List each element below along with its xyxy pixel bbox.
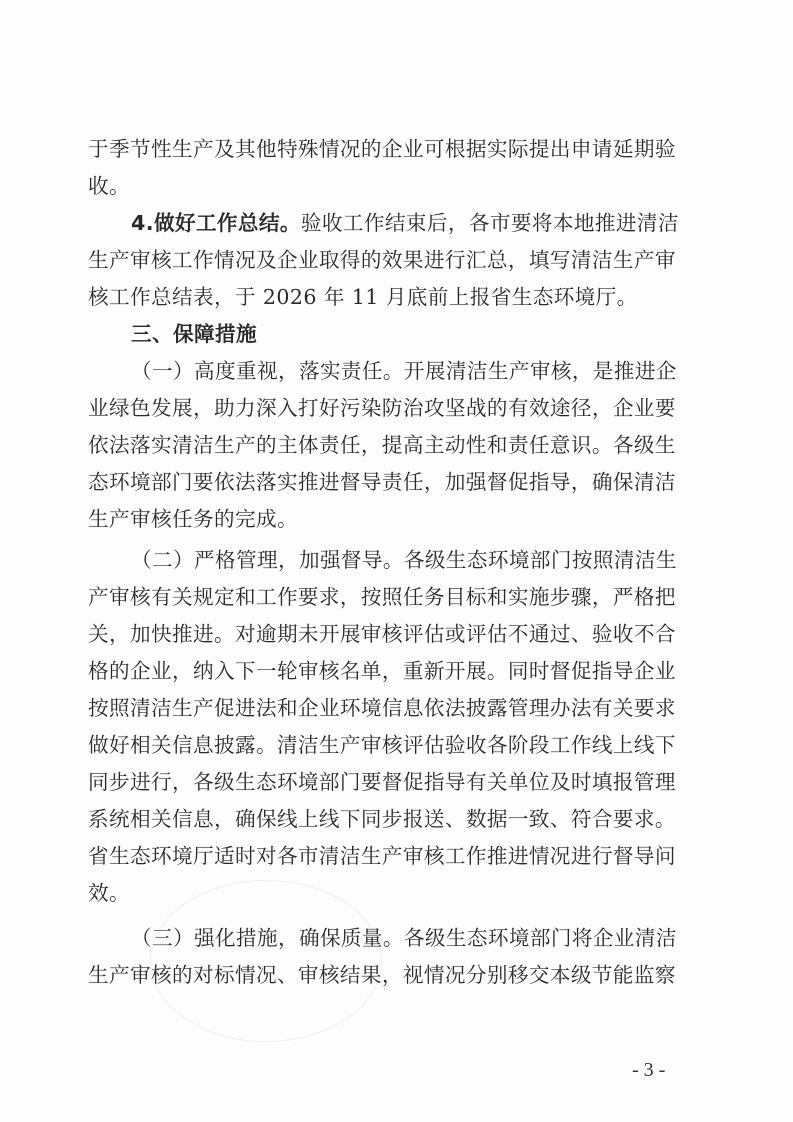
paragraph-line: 4.做好工作总结。验收工作结束后，各市要将本地推进清洁 — [131, 208, 708, 238]
paragraph-line: 产审核有关规定和工作要求，按照任务目标和实施步骤，严格把 — [88, 582, 708, 612]
paragraph-line: 生产审核的对标情况、审核结果，视情况分别移交本级节能监察 — [88, 960, 708, 990]
paragraph-line: 于季节性生产及其他特殊情况的企业可根据实际提出申请延期验 — [88, 134, 708, 164]
paragraph-line: 依法落实清洁生产的主体责任，提高主动性和责任意识。各级生 — [88, 430, 708, 460]
paragraph-line: 生产审核工作情况及企业取得的效果进行汇总，填写清洁生产审 — [88, 245, 708, 275]
paragraph-line: 省生态环境厅适时对各市清洁生产审核工作推进情况进行督导问 — [88, 841, 708, 871]
paragraph-line: 关，加快推进。对逾期未开展审核评估或评估不通过、验收不合 — [88, 619, 708, 649]
paragraph-line: （二）严格管理，加强督导。各级生态环境部门按照清洁生 — [131, 545, 708, 575]
paragraph-line: 同步进行，各级生态环境部门要督促指导有关单位及时填报管理 — [88, 767, 708, 797]
paragraph-line: 格的企业，纳入下一轮审核名单，重新开展。同时督促指导企业 — [88, 656, 708, 686]
item-heading: 4.做好工作总结。 — [131, 211, 301, 235]
paragraph-line: 按照清洁生产促进法和企业环境信息依法披露管理办法有关要求 — [88, 693, 708, 723]
page-number: - 3 - — [632, 1058, 665, 1082]
document-page: 于季节性生产及其他特殊情况的企业可根据实际提出申请延期验 收。 4.做好工作总结… — [0, 0, 793, 1122]
paragraph-line: 业绿色发展，助力深入打好污染防治攻坚战的有效途径，企业要 — [88, 393, 708, 423]
paragraph-line: （三）强化措施，确保质量。各级生态环境部门将企业清洁 — [131, 923, 708, 953]
paragraph-line: 系统相关信息，确保线上线下同步报送、数据一致、符合要求。 — [88, 804, 708, 834]
paragraph-line: 效。 — [88, 878, 708, 908]
paragraph-line: 生产审核任务的完成。 — [88, 504, 708, 534]
item-text: 验收工作结束后，各市要将本地推进清洁 — [301, 211, 679, 235]
paragraph-line: 收。 — [88, 171, 708, 201]
paragraph-line: 核工作总结表，于 2026 年 11 月底前上报省生态环境厅。 — [88, 282, 708, 312]
section-heading: 三、保障措施 — [131, 319, 708, 349]
paragraph-line: 态环境部门要依法落实推进督导责任，加强督促指导，确保清洁 — [88, 467, 708, 497]
paragraph-line: 做好相关信息披露。清洁生产审核评估验收各阶段工作线上线下 — [88, 730, 708, 760]
paragraph-line: （一）高度重视，落实责任。开展清洁生产审核，是推进企 — [131, 356, 708, 386]
